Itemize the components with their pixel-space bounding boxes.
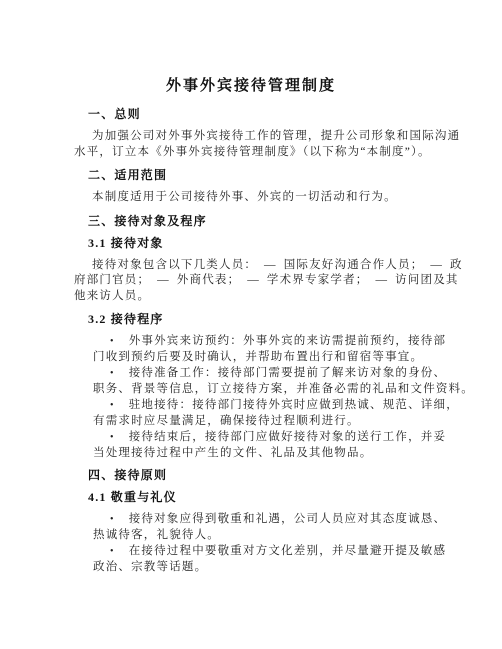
bullet-list: •接待对象应得到敬重和礼遇，公司人员应对其态度诚恳、 热诚待客，礼貌待人。 •在…: [93, 512, 492, 574]
list-item: •接待结束后，接待部门应做好接待对象的送行工作，并妥 当处理接待过程中产生的文件…: [93, 430, 492, 460]
bullet-icon: •: [110, 336, 129, 347]
subsection-heading-3-2: 3.2 接待程序: [88, 312, 492, 326]
list-item-text: 接待结束后，接待部门应做好接待对象的送行工作，并妥 当处理接待过程中产生的文件、…: [93, 431, 446, 459]
section-heading-4: 四、接待原则: [88, 468, 492, 482]
bullet-icon: •: [110, 368, 129, 379]
bullet-icon: •: [110, 546, 129, 557]
document-title: 外事外宾接待管理制度: [0, 77, 502, 96]
list-item: •驻地接待：接待部门接待外宾时应做到热诚、规范、详细， 有需求时应尽量满足，确保…: [93, 398, 492, 428]
list-item-text: 接待对象应得到敬重和礼遇，公司人员应对其态度诚恳、 热诚待客，礼貌待人。: [93, 513, 446, 541]
subsection-heading-4-1: 4.1 敬重与礼仪: [88, 490, 492, 504]
paragraph: 为加强公司对外事外宾接待工作的管理，提升公司形象和国际沟通 水平，订立本《外事外…: [74, 129, 492, 160]
bullet-icon: •: [110, 432, 129, 443]
section-heading-3: 三、接待对象及程序: [88, 214, 492, 228]
paragraph: 本制度适用于公司接待外事、外宾的一切活动和行为。: [74, 190, 492, 206]
section-heading-2: 二、适用范围: [88, 168, 492, 182]
document-body: 一、总则 为加强公司对外事外宾接待工作的管理，提升公司形象和国际沟通 水平，订立…: [0, 107, 502, 574]
list-item-text: 接待准备工作：接待部门需要提前了解来访对象的身份、 职务、背景等信息，订立接待方…: [93, 367, 474, 395]
bullet-icon: •: [110, 400, 129, 411]
section-heading-1: 一、总则: [88, 107, 492, 121]
list-item: •在接待过程中要敬重对方文化差别，并尽量避开提及敏感 政治、宗教等话题。: [93, 544, 492, 574]
paragraph: 接待对象包含以下几类人员： — 国际友好沟通合作人员； — 政 府部门官员； —…: [74, 258, 492, 305]
list-item: •接待准备工作：接待部门需要提前了解来访对象的身份、 职务、背景等信息，订立接待…: [93, 366, 492, 396]
list-item-text: 驻地接待：接待部门接待外宾时应做到热诚、规范、详细， 有需求时应尽量满足，确保接…: [93, 399, 459, 427]
list-item-text: 外事外宾来访预约：外事外宾的来访需提前预约，接待部 门收到预约后要及时确认，并帮…: [93, 335, 446, 363]
list-item: •外事外宾来访预约：外事外宾的来访需提前预约，接待部 门收到预约后要及时确认，并…: [93, 334, 492, 364]
list-item: •接待对象应得到敬重和礼遇，公司人员应对其态度诚恳、 热诚待客，礼貌待人。: [93, 512, 492, 542]
bullet-list: •外事外宾来访预约：外事外宾的来访需提前预约，接待部 门收到预约后要及时确认，并…: [93, 334, 492, 460]
bullet-icon: •: [110, 514, 129, 525]
list-item-text: 在接待过程中要敬重对方文化差别，并尽量避开提及敏感 政治、宗教等话题。: [93, 545, 446, 573]
subsection-heading-3-1: 3.1 接待对象: [88, 236, 492, 250]
document-page: 外事外宾接待管理制度 一、总则 为加强公司对外事外宾接待工作的管理，提升公司形象…: [0, 0, 502, 649]
